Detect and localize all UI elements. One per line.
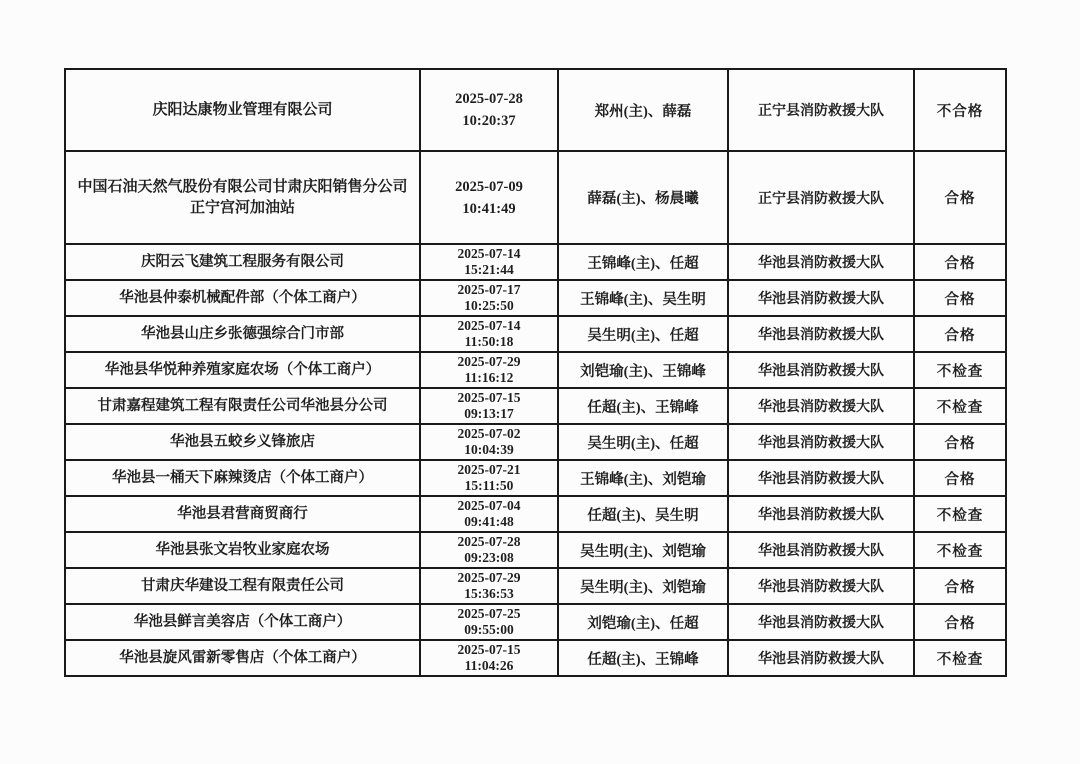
- inspection-time: 11:50:18: [426, 334, 552, 350]
- inspection-date: 2025-07-04: [426, 498, 552, 514]
- inspection-time: 15:11:50: [426, 478, 552, 494]
- result-cell: 合格: [914, 244, 1006, 280]
- company-cell: 庆阳云飞建筑工程服务有限公司: [65, 244, 420, 280]
- result-cell: 合格: [914, 151, 1006, 244]
- inspection-date: 2025-07-02: [426, 426, 552, 442]
- brigade-cell: 华池县消防救援大队: [728, 316, 914, 352]
- inspectors-cell: 王锦峰(主)、吴生明: [558, 280, 728, 316]
- result-cell: 不检查: [914, 496, 1006, 532]
- inspection-date: 2025-07-29: [426, 570, 552, 586]
- company-cell: 华池县仲泰机械配件部（个体工商户）: [65, 280, 420, 316]
- result-cell: 不检查: [914, 640, 1006, 676]
- table-row: 华池县山庄乡张德强综合门市部 2025-07-14 11:50:18 吴生明(主…: [65, 316, 1006, 352]
- table-row: 甘肃庆华建设工程有限责任公司 2025-07-29 15:36:53 吴生明(主…: [65, 568, 1006, 604]
- company-cell: 华池县君营商贸商行: [65, 496, 420, 532]
- inspectors-cell: 吴生明(主)、刘铠瑜: [558, 568, 728, 604]
- table-row: 中国石油天然气股份有限公司甘肃庆阳销售分公司正宁宫河加油站 2025-07-09…: [65, 151, 1006, 244]
- inspection-date: 2025-07-15: [426, 390, 552, 406]
- datetime-cell: 2025-07-29 15:36:53: [420, 568, 558, 604]
- inspection-time: 10:41:49: [426, 198, 552, 220]
- datetime-cell: 2025-07-28 09:23:08: [420, 532, 558, 568]
- company-cell: 华池县一桶天下麻辣烫店（个体工商户）: [65, 460, 420, 496]
- table-row: 华池县华悦种养殖家庭农场（个体工商户） 2025-07-29 11:16:12 …: [65, 352, 1006, 388]
- inspection-date: 2025-07-17: [426, 282, 552, 298]
- inspection-date: 2025-07-28: [426, 88, 552, 110]
- inspection-date: 2025-07-15: [426, 642, 552, 658]
- brigade-cell: 华池县消防救援大队: [728, 640, 914, 676]
- inspection-time: 09:41:48: [426, 514, 552, 530]
- datetime-cell: 2025-07-04 09:41:48: [420, 496, 558, 532]
- table-row: 华池县一桶天下麻辣烫店（个体工商户） 2025-07-21 15:11:50 王…: [65, 460, 1006, 496]
- datetime-cell: 2025-07-02 10:04:39: [420, 424, 558, 460]
- table-row: 华池县旋风雷新零售店（个体工商户） 2025-07-15 11:04:26 任超…: [65, 640, 1006, 676]
- result-cell: 不合格: [914, 69, 1006, 151]
- inspection-date: 2025-07-14: [426, 246, 552, 262]
- brigade-cell: 华池县消防救援大队: [728, 532, 914, 568]
- table-row: 华池县鲜言美容店（个体工商户） 2025-07-25 09:55:00 刘铠瑜(…: [65, 604, 1006, 640]
- brigade-cell: 华池县消防救援大队: [728, 460, 914, 496]
- datetime-cell: 2025-07-29 11:16:12: [420, 352, 558, 388]
- inspectors-cell: 吴生明(主)、刘铠瑜: [558, 532, 728, 568]
- table-row: 华池县君营商贸商行 2025-07-04 09:41:48 任超(主)、吴生明 …: [65, 496, 1006, 532]
- brigade-cell: 正宁县消防救援大队: [728, 69, 914, 151]
- company-cell: 华池县山庄乡张德强综合门市部: [65, 316, 420, 352]
- inspectors-cell: 任超(主)、王锦峰: [558, 640, 728, 676]
- datetime-cell: 2025-07-09 10:41:49: [420, 151, 558, 244]
- result-cell: 合格: [914, 316, 1006, 352]
- result-cell: 合格: [914, 604, 1006, 640]
- datetime-cell: 2025-07-25 09:55:00: [420, 604, 558, 640]
- company-cell: 华池县旋风雷新零售店（个体工商户）: [65, 640, 420, 676]
- inspection-date: 2025-07-09: [426, 176, 552, 198]
- inspection-time: 10:20:37: [426, 110, 552, 132]
- datetime-cell: 2025-07-21 15:11:50: [420, 460, 558, 496]
- company-cell: 华池县张文岩牧业家庭农场: [65, 532, 420, 568]
- brigade-cell: 华池县消防救援大队: [728, 568, 914, 604]
- inspection-records-table: 庆阳达康物业管理有限公司 2025-07-28 10:20:37 郑州(主)、薛…: [64, 68, 1007, 677]
- datetime-cell: 2025-07-14 11:50:18: [420, 316, 558, 352]
- brigade-cell: 华池县消防救援大队: [728, 424, 914, 460]
- table-row: 庆阳云飞建筑工程服务有限公司 2025-07-14 15:21:44 王锦峰(主…: [65, 244, 1006, 280]
- datetime-cell: 2025-07-17 10:25:50: [420, 280, 558, 316]
- inspection-time: 15:21:44: [426, 262, 552, 278]
- brigade-cell: 正宁县消防救援大队: [728, 151, 914, 244]
- inspection-date: 2025-07-28: [426, 534, 552, 550]
- brigade-cell: 华池县消防救援大队: [728, 244, 914, 280]
- inspection-time: 11:04:26: [426, 658, 552, 674]
- inspectors-cell: 王锦峰(主)、任超: [558, 244, 728, 280]
- result-cell: 合格: [914, 568, 1006, 604]
- datetime-cell: 2025-07-28 10:20:37: [420, 69, 558, 151]
- result-cell: 合格: [914, 460, 1006, 496]
- inspectors-cell: 吴生明(主)、任超: [558, 316, 728, 352]
- table-row: 华池县五蛟乡义锋旅店 2025-07-02 10:04:39 吴生明(主)、任超…: [65, 424, 1006, 460]
- company-cell: 甘肃嘉程建筑工程有限责任公司华池县分公司: [65, 388, 420, 424]
- inspection-time: 09:23:08: [426, 550, 552, 566]
- result-cell: 不检查: [914, 352, 1006, 388]
- inspection-time: 15:36:53: [426, 586, 552, 602]
- company-cell: 中国石油天然气股份有限公司甘肃庆阳销售分公司正宁宫河加油站: [65, 151, 420, 244]
- inspectors-cell: 刘铠瑜(主)、任超: [558, 604, 728, 640]
- result-cell: 合格: [914, 424, 1006, 460]
- document-page: 庆阳达康物业管理有限公司 2025-07-28 10:20:37 郑州(主)、薛…: [0, 0, 1080, 764]
- inspection-time: 09:13:17: [426, 406, 552, 422]
- inspection-time: 10:25:50: [426, 298, 552, 314]
- result-cell: 不检查: [914, 388, 1006, 424]
- brigade-cell: 华池县消防救援大队: [728, 388, 914, 424]
- inspection-time: 10:04:39: [426, 442, 552, 458]
- inspection-date: 2025-07-14: [426, 318, 552, 334]
- brigade-cell: 华池县消防救援大队: [728, 352, 914, 388]
- inspection-date: 2025-07-25: [426, 606, 552, 622]
- company-cell: 华池县鲜言美容店（个体工商户）: [65, 604, 420, 640]
- brigade-cell: 华池县消防救援大队: [728, 280, 914, 316]
- brigade-cell: 华池县消防救援大队: [728, 496, 914, 532]
- inspectors-cell: 吴生明(主)、任超: [558, 424, 728, 460]
- inspectors-cell: 任超(主)、王锦峰: [558, 388, 728, 424]
- inspectors-cell: 刘铠瑜(主)、王锦峰: [558, 352, 728, 388]
- table-row: 华池县张文岩牧业家庭农场 2025-07-28 09:23:08 吴生明(主)、…: [65, 532, 1006, 568]
- inspectors-cell: 王锦峰(主)、刘铠瑜: [558, 460, 728, 496]
- company-cell: 庆阳达康物业管理有限公司: [65, 69, 420, 151]
- inspection-time: 11:16:12: [426, 370, 552, 386]
- company-cell: 甘肃庆华建设工程有限责任公司: [65, 568, 420, 604]
- inspection-table-body: 庆阳达康物业管理有限公司 2025-07-28 10:20:37 郑州(主)、薛…: [65, 69, 1006, 676]
- inspectors-cell: 任超(主)、吴生明: [558, 496, 728, 532]
- datetime-cell: 2025-07-15 11:04:26: [420, 640, 558, 676]
- company-cell: 华池县五蛟乡义锋旅店: [65, 424, 420, 460]
- result-cell: 不检查: [914, 532, 1006, 568]
- result-cell: 合格: [914, 280, 1006, 316]
- inspectors-cell: 郑州(主)、薛磊: [558, 69, 728, 151]
- datetime-cell: 2025-07-14 15:21:44: [420, 244, 558, 280]
- table-row: 华池县仲泰机械配件部（个体工商户） 2025-07-17 10:25:50 王锦…: [65, 280, 1006, 316]
- datetime-cell: 2025-07-15 09:13:17: [420, 388, 558, 424]
- inspection-date: 2025-07-21: [426, 462, 552, 478]
- inspectors-cell: 薛磊(主)、杨晨曦: [558, 151, 728, 244]
- company-cell: 华池县华悦种养殖家庭农场（个体工商户）: [65, 352, 420, 388]
- table-row: 庆阳达康物业管理有限公司 2025-07-28 10:20:37 郑州(主)、薛…: [65, 69, 1006, 151]
- inspection-date: 2025-07-29: [426, 354, 552, 370]
- brigade-cell: 华池县消防救援大队: [728, 604, 914, 640]
- inspection-time: 09:55:00: [426, 622, 552, 638]
- table-row: 甘肃嘉程建筑工程有限责任公司华池县分公司 2025-07-15 09:13:17…: [65, 388, 1006, 424]
